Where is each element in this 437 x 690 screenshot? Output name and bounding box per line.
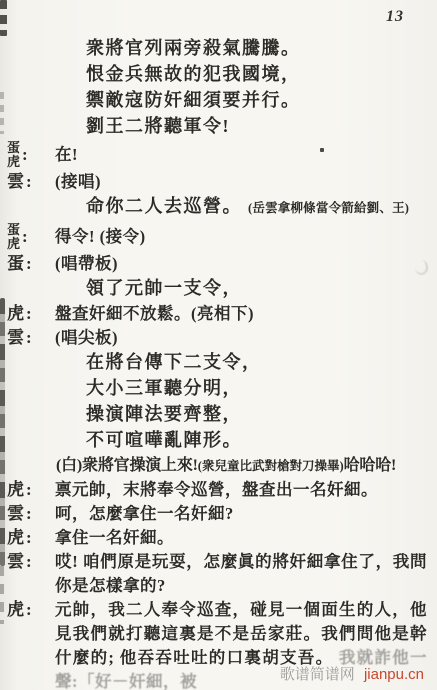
speaker-name: 虎	[7, 155, 20, 169]
speaker-name: 虎	[7, 526, 24, 550]
dialogue-row: 虎 : 拿住一名奸細。	[0, 526, 437, 550]
dialogue-text: 呵，怎麼拿住一名奸細?	[55, 502, 437, 526]
speaker-colon: :	[22, 143, 28, 167]
dialogue-row: 虎 : 禀元帥，末將奉令巡營，盤查出一名奸細。	[0, 478, 437, 502]
scanned-script-page: 13 衆將官列兩旁殺氣騰騰。 恨金兵無故的犯我國境， 禦敵寇防奸細須要并行。 劉…	[0, 0, 437, 690]
speaker-name: 雲	[7, 170, 24, 194]
watermark: 歌谱简谱网 jianpu.cn	[280, 663, 424, 684]
speaker-label: 雲 :	[0, 326, 55, 350]
stacked-speakers: 蛋 虎	[7, 223, 20, 251]
speaker-name: 蛋	[7, 223, 20, 237]
stage-direction: (岳雲拿柳條當令箭給劉、王)	[248, 201, 409, 215]
speaker-name: 虎	[7, 237, 20, 251]
dialogue-row: 蛋 : (唱帶板)	[0, 252, 437, 276]
speaker-label: 蛋 虎 :	[0, 222, 55, 252]
dialogue-row: 雲 : (接唱)	[0, 170, 437, 194]
verse-line: 不可喧嘩亂陣形。	[0, 428, 437, 452]
page-content: 衆將官列兩旁殺氣騰騰。 恨金兵無故的犯我國境， 禦敵寇防奸細須要并行。 劉王二將…	[0, 0, 437, 690]
verse-line: 在將台傳下二支令，	[0, 350, 437, 374]
speaker-name: 虎	[7, 478, 24, 502]
speaker-colon: :	[26, 326, 32, 350]
dialogue-row: 雲 : 呵，怎麼拿住一名奸細?	[0, 502, 437, 526]
speaker-colon: :	[26, 252, 32, 276]
speaker-name: 蛋	[7, 141, 20, 155]
verse-line: 禦敵寇防奸細須要并行。	[0, 88, 437, 112]
speaker-name: 蛋	[7, 252, 24, 276]
speaker-name: 雲	[7, 550, 24, 574]
dialogue-text: (唱尖板)	[55, 326, 437, 350]
dialogue-text: (唱帶板)	[55, 252, 437, 276]
dialogue-row: 蛋 虎 : 在!	[0, 140, 437, 170]
speaker-name: 虎	[7, 302, 24, 326]
stage-speech-line: (白)衆將官操演上來!(衆兒童比武對槍對刀操畢)哈哈哈!	[0, 454, 437, 478]
dialogue-text: 得令! (接令)	[55, 222, 437, 252]
verse-line: 劉王二將聽軍令!	[0, 114, 437, 138]
dialogue-text: 拿住一名奸細。	[55, 526, 437, 550]
speaker-label: 虎 :	[0, 478, 55, 502]
dialogue-row: 雲 : (唱尖板)	[0, 326, 437, 350]
dialogue-text: 盤查奸細不放鬆。(亮相下)	[55, 302, 437, 326]
speaker-name: 雲	[7, 326, 24, 350]
speaker-colon: :	[26, 478, 32, 502]
speaker-colon: :	[26, 502, 32, 526]
speaker-label: 雲 :	[0, 170, 55, 194]
speaker-label: 虎 :	[0, 526, 55, 550]
speaker-label: 虎 :	[0, 598, 55, 690]
dialogue-row: 蛋 虎 : 得令! (接令)	[0, 222, 437, 252]
verse-line: 領了元帥一支令，	[0, 276, 437, 300]
speaker-label: 雲 :	[0, 550, 55, 598]
speaker-colon: :	[26, 170, 32, 194]
speaker-colon: :	[26, 526, 32, 550]
dialogue-text: 哎! 咱們原是玩耍，怎麼眞的將奸細拿住了，我問你是怎樣拿的?	[55, 550, 437, 598]
verse-line: 命你二人去巡營。 (岳雲拿柳條當令箭給劉、王)	[0, 194, 437, 220]
speech-text: 哈哈哈!	[344, 457, 397, 474]
verse-line: 恨金兵無故的犯我國境，	[0, 62, 437, 86]
speaker-colon: :	[22, 225, 28, 249]
speaker-colon: :	[26, 302, 32, 326]
speaker-label: 蛋 :	[0, 252, 55, 276]
speaker-colon: :	[26, 598, 32, 622]
verse-line: 大小三軍聽分明，	[0, 376, 437, 400]
verse-text: 命你二人去巡營。	[86, 196, 242, 216]
dialogue-text: (接唱)	[55, 170, 437, 194]
speaker-label: 蛋 虎 :	[0, 140, 55, 170]
speaker-label: 虎 :	[0, 302, 55, 326]
stage-direction: (衆兒童比武對槍對刀操畢)	[198, 459, 344, 473]
dialogue-row: 雲 : 哎! 咱們原是玩耍，怎麼眞的將奸細拿住了，我問你是怎樣拿的?	[0, 550, 437, 598]
watermark-site-url: jianpu.cn	[364, 666, 424, 683]
speaker-label: 雲 :	[0, 502, 55, 526]
dialogue-text: 在!	[55, 140, 437, 170]
watermark-site-name: 歌谱简谱网	[280, 666, 355, 683]
speaker-colon: :	[26, 550, 32, 574]
verse-line: 操演陣法要齊整，	[0, 402, 437, 426]
speaker-name: 雲	[7, 502, 24, 526]
speech-text: (白)衆將官操演上來!	[56, 457, 198, 474]
dialogue-row: 虎 : 盤查奸細不放鬆。(亮相下)	[0, 302, 437, 326]
verse-line: 衆將官列兩旁殺氣騰騰。	[0, 36, 437, 60]
speaker-name: 虎	[7, 598, 24, 622]
stacked-speakers: 蛋 虎	[7, 141, 20, 169]
dialogue-text: 禀元帥，末將奉令巡營，盤查出一名奸細。	[55, 478, 437, 502]
